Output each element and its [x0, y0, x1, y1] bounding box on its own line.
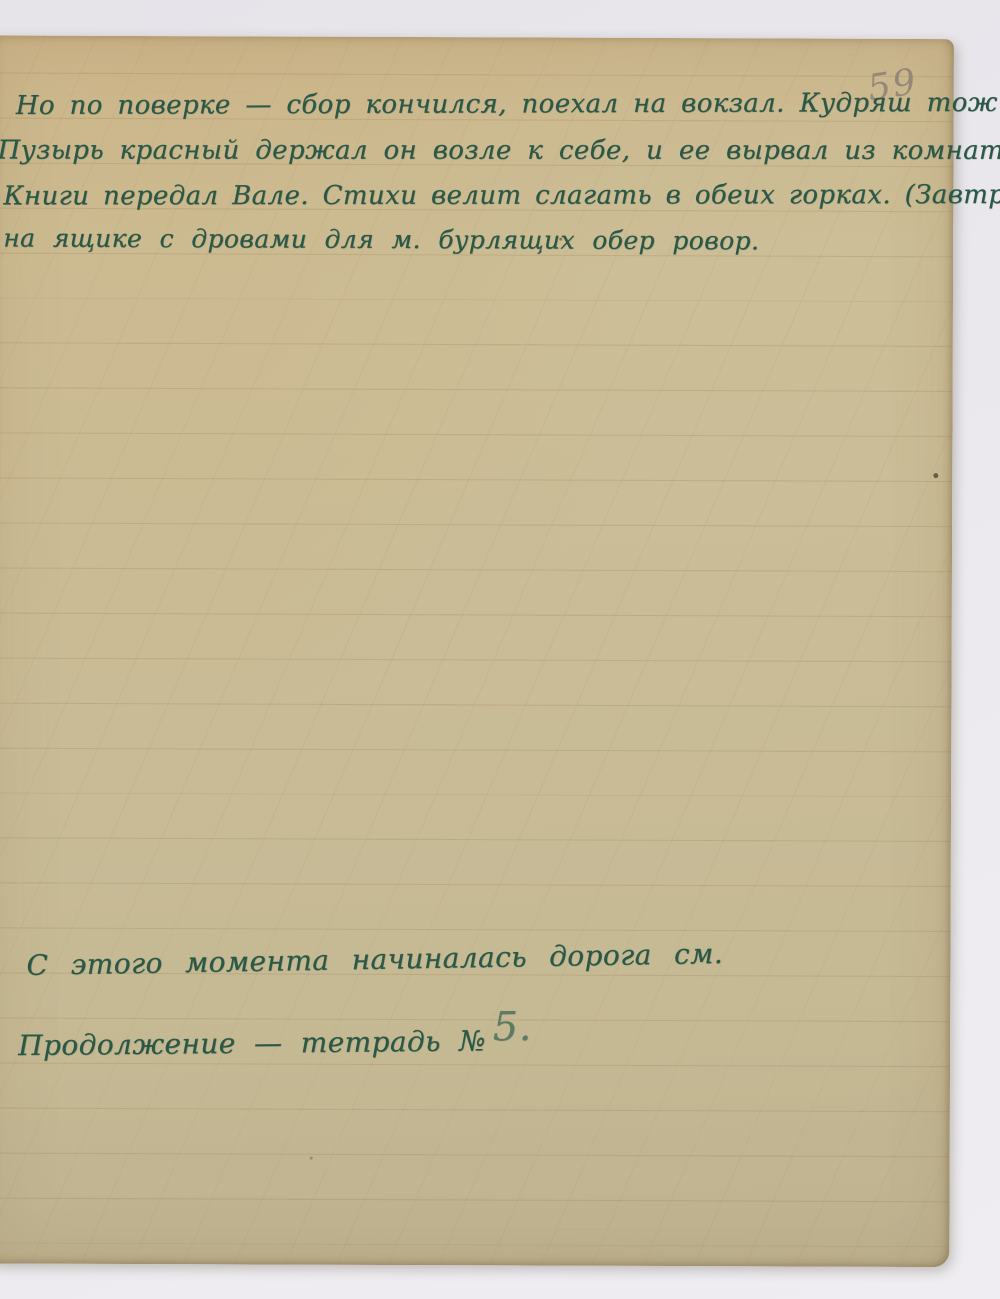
- handwriting-line-3: Книги передал Вале. Стихи велит слагать …: [3, 180, 1000, 212]
- handwriting-line-6: Продолжение — тетрадь №5.: [18, 1014, 532, 1065]
- handwriting-line-2: Пузырь красный держал он возле к себе, и…: [0, 136, 1000, 166]
- paper-speck: [559, 238, 562, 241]
- handwriting-line-2-text: Пузырь красный держал он возле к себе, и…: [0, 136, 1000, 166]
- ruled-lines-overlay: [0, 35, 954, 1267]
- paper-speck: [933, 473, 938, 478]
- handwriting-line-1: Но по поверке — сбор кончился, поехал на…: [16, 88, 1000, 121]
- notebook-number: 5.: [493, 1004, 532, 1050]
- manuscript-page: 59 Но по поверке — сбор кончился, поехал…: [0, 35, 954, 1267]
- handwriting-line-4: на ящике с дровами для м. бурлящих обер …: [3, 223, 759, 255]
- paper-speck: [310, 1157, 313, 1160]
- handwriting-line-6-text: Продолжение — тетрадь №: [18, 1024, 486, 1062]
- scan-background: 59 Но по поверке — сбор кончился, поехал…: [0, 0, 1000, 1299]
- handwriting-line-5: С этого момента начиналась дорога см.: [26, 937, 723, 982]
